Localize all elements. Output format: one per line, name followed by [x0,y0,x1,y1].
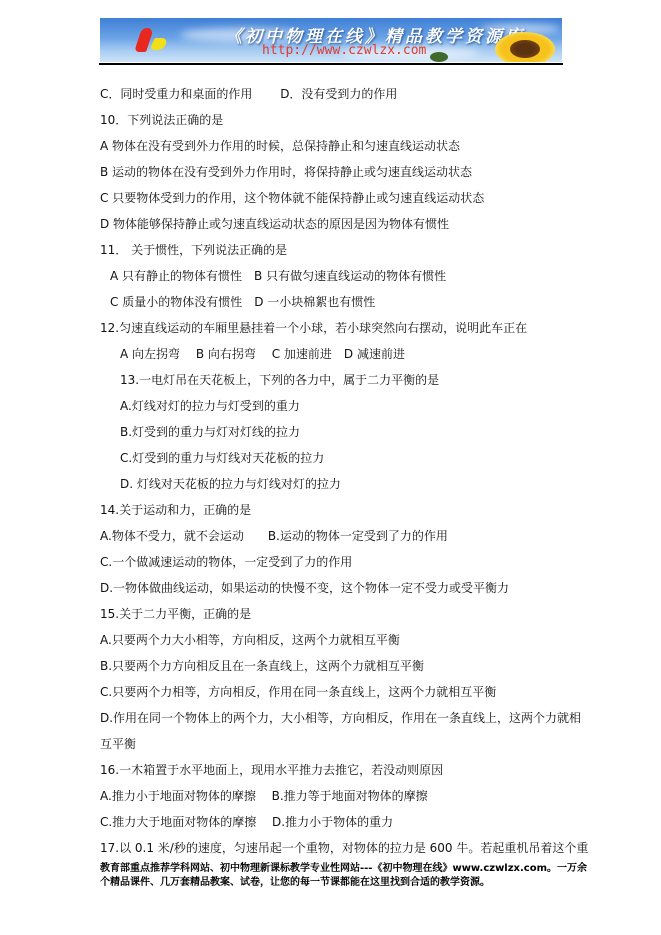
text-line: A.物体不受力，就不会运动 B.运动的物体一定受到了力的作用 [100,528,448,544]
text-line: D.作用在同一个物体上的两个力，大小相等，方向相反，作用在一条直线上，这两个力就… [100,710,581,726]
text-line: B.只要两个力方向相反且在一条直线上，这两个力就相互平衡 [100,658,424,674]
text-line: A 只有静止的物体有惯性 B 只有做匀速直线运动的物体有惯性 [110,268,446,284]
text-line: C 只要物体受到力的作用，这个物体就不能保持静止或匀速直线运动状态 [100,190,484,206]
text-line: B.灯受到的重力与灯对灯线的拉力 [120,424,300,440]
text-line: 10．下列说法正确的是 [100,112,223,128]
text-line: A.只要两个力大小相等，方向相反，这两个力就相互平衡 [100,632,400,648]
text-line: A 向左拐弯 B 向右拐弯 C 加速前进 D 减速前进 [120,346,405,362]
text-line: 14.关于运动和力，正确的是 [100,502,251,518]
text-line: C.一个做减速运动的物体，一定受到了力的作用 [100,554,352,570]
text-line: D.一物体做曲线运动，如果运动的快慢不变，这个物体一定不受力或受平衡力 [100,580,509,596]
text-line: 13.一电灯吊在天花板上，下列的各力中，属于二力平衡的是 [120,372,439,388]
text-line: A.灯线对灯的拉力与灯受到的重力 [120,398,300,414]
logo-icon-accent [149,38,169,50]
sunflower-icon [495,32,555,62]
text-line: A.推力小于地面对物体的摩擦 B.推力等于地面对物体的摩擦 [100,788,428,804]
text-line: 12.匀速直线运动的车厢里悬挂着一个小球，若小球突然向右摆动，说明此车正在 [100,320,527,336]
text-line: B 运动的物体在没有受到外力作用时，将保持静止或匀速直线运动状态 [100,164,472,180]
header-rule [99,63,563,65]
text-line: A 物体在没有受到外力作用的时候，总保持静止和匀速直线运动状态 [100,138,460,154]
leaf-decoration [430,52,448,62]
text-line: C．同时受重力和桌面的作用 D．没有受到力的作用 [100,86,397,102]
text-line: C.灯受到的重力与灯线对天花板的拉力 [120,450,324,466]
text-line: 11． 关于惯性，下列说法正确的是 [100,242,287,258]
footer-line-2: 个精品课件、几万套精品教案、试卷，让您的每一节课都能在这里找到合适的教学资源。 [100,876,490,889]
text-line: 15.关于二力平衡，正确的是 [100,606,251,622]
text-line: 16.一木箱置于水平地面上，现用水平推力去推它，若没动则原因 [100,762,443,778]
text-line: C 质量小的物体没有惯性 D 一小块棉絮也有惯性 [110,294,375,310]
text-line: D. 灯线对天花板的拉力与灯线对灯的拉力 [120,476,341,492]
text-line: 互平衡 [100,736,136,752]
footer-line-1: 教育部重点推荐学科网站、初中物理新课标教学专业性网站---《初中物理在线》www… [100,862,587,875]
text-line: C.只要两个力相等，方向相反，作用在同一条直线上，这两个力就相互平衡 [100,684,496,700]
text-line: D 物体能够保持静止或匀速直线运动状态的原因是因为物体有惯性 [100,216,449,232]
banner-url[interactable]: http://www.czwlzx.com [262,43,426,58]
text-line: C.推力大于地面对物体的摩擦 D.推力小于物体的重力 [100,814,393,830]
header-banner: 《初中物理在线》精品教学资源库 http://www.czwlzx.com [100,18,562,62]
text-line: 17.以 0.1 米/秒的速度，匀速吊起一个重物，对物体的拉力是 600 牛。若… [100,840,588,856]
